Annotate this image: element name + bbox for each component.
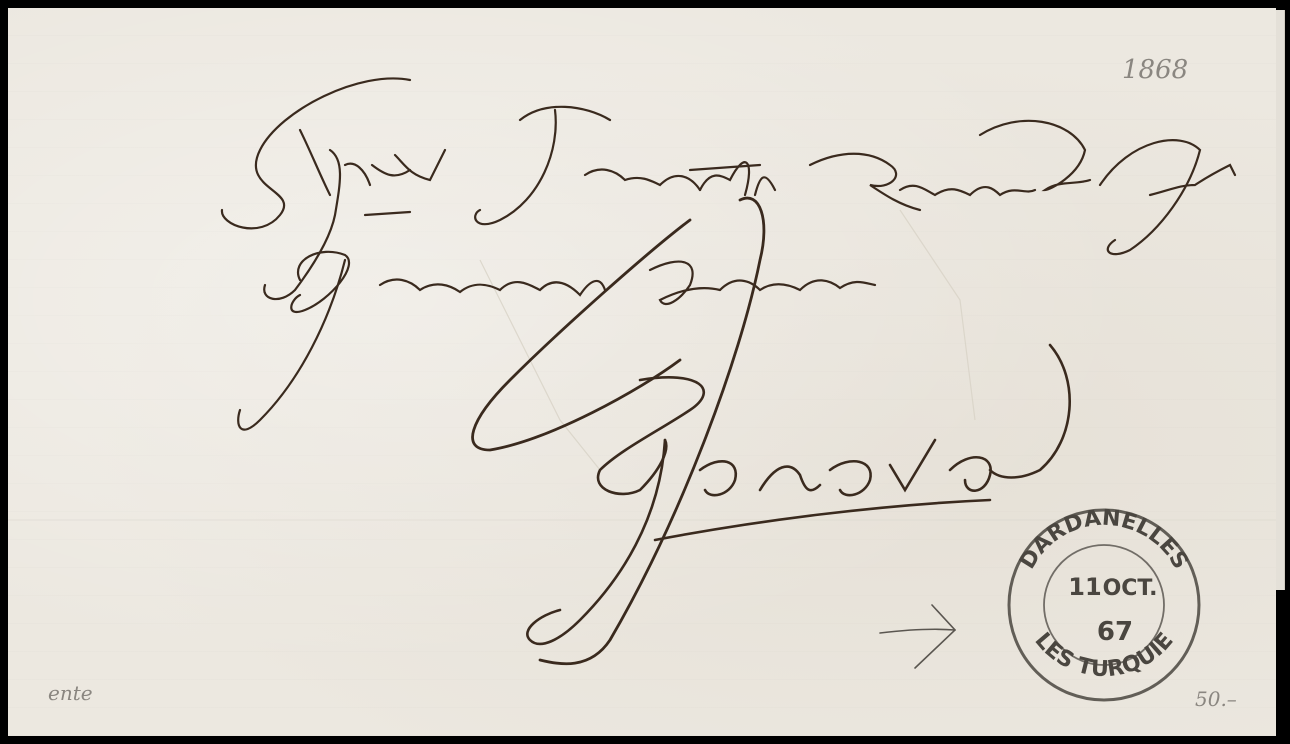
cover-markings: DARDANELLES LES TURQUIE 11 OCT. 67 1868 … <box>0 0 1290 744</box>
postmark: DARDANELLES LES TURQUIE 11 OCT. 67 <box>1009 506 1199 700</box>
postmark-year: 67 <box>1097 617 1133 647</box>
pencil-arrow <box>880 605 955 668</box>
pencil-note-bottom-right: 50.– <box>1195 687 1237 711</box>
pencil-year-note: 1868 <box>1122 55 1188 85</box>
postmark-month: OCT. <box>1103 576 1158 601</box>
address-line-1 <box>222 78 1235 299</box>
fold-lines <box>8 210 1276 520</box>
address-line-2 <box>238 252 875 430</box>
postmark-day: 11 <box>1068 573 1101 601</box>
postmark-top-text: DARDANELLES <box>1015 506 1193 574</box>
pencil-note-bottom-left: ente <box>48 681 93 705</box>
address-city <box>527 345 1069 644</box>
manuscript-rate-mark <box>473 198 764 664</box>
